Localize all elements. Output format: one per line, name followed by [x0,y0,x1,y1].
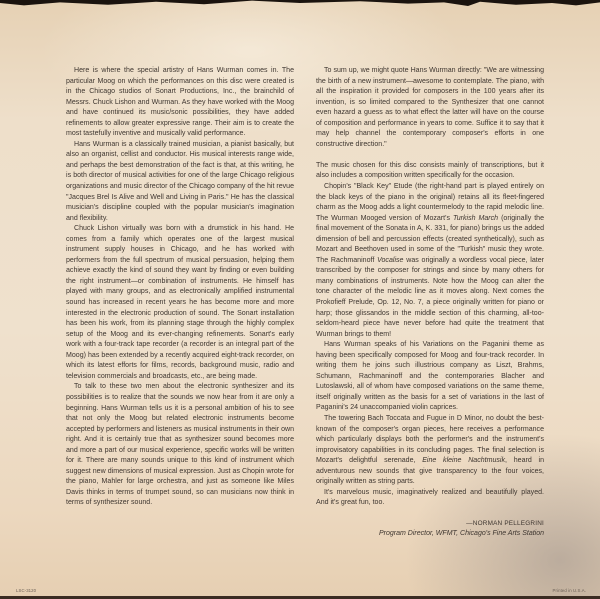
album-back-cover: Here is where the special artistry of Ha… [0,0,600,599]
paragraph-music-intro: The music chosen for this disc consists … [316,161,544,182]
liner-notes-right-column: To sum up, we might quote Hans Wurman di… [316,66,544,540]
paragraph-wurman-bio: Hans Wurman is a classically trained mus… [66,140,294,224]
title-turkish-march: Turkish March [453,215,498,222]
paragraph-synthesizer-future: To talk to these two men about the elect… [66,382,294,509]
paragraph-bach-mozart: The towering Bach Toccata and Fugue in D… [316,414,544,488]
paragraph-lishon-bio: Chuck Lishon virtually was born with a d… [66,224,294,382]
catalog-number: LSC-3120 [16,588,36,593]
paragraph-paganini: Hans Wurman speaks of his Variations on … [316,340,544,414]
author-title: Program Director, WFMT, Chicago's Fine A… [316,529,544,540]
printed-in-label: Printed in U.S.A. [553,588,586,593]
paragraph-program-notes: Chopin's "Black Key" Etude (the right-ha… [316,182,544,340]
paragraph-wurman-quote: To sum up, we might quote Hans Wurman di… [316,66,544,150]
title-eine-kleine: Eine kleine Nachtmusik [422,457,505,464]
torn-edge-top [0,0,600,6]
author-signature: —NORMAN PELLEGRINI [316,519,544,530]
paragraph-closing: It's marvelous music, imaginatively real… [316,488,544,509]
title-vocalise: Vocalise [377,257,403,264]
paragraph-sonart: Here is where the special artistry of Ha… [66,66,294,140]
program-notes-text: was originally a wordless vocal piece, l… [316,257,544,338]
liner-notes-left-column: Here is where the special artistry of Ha… [66,66,294,509]
